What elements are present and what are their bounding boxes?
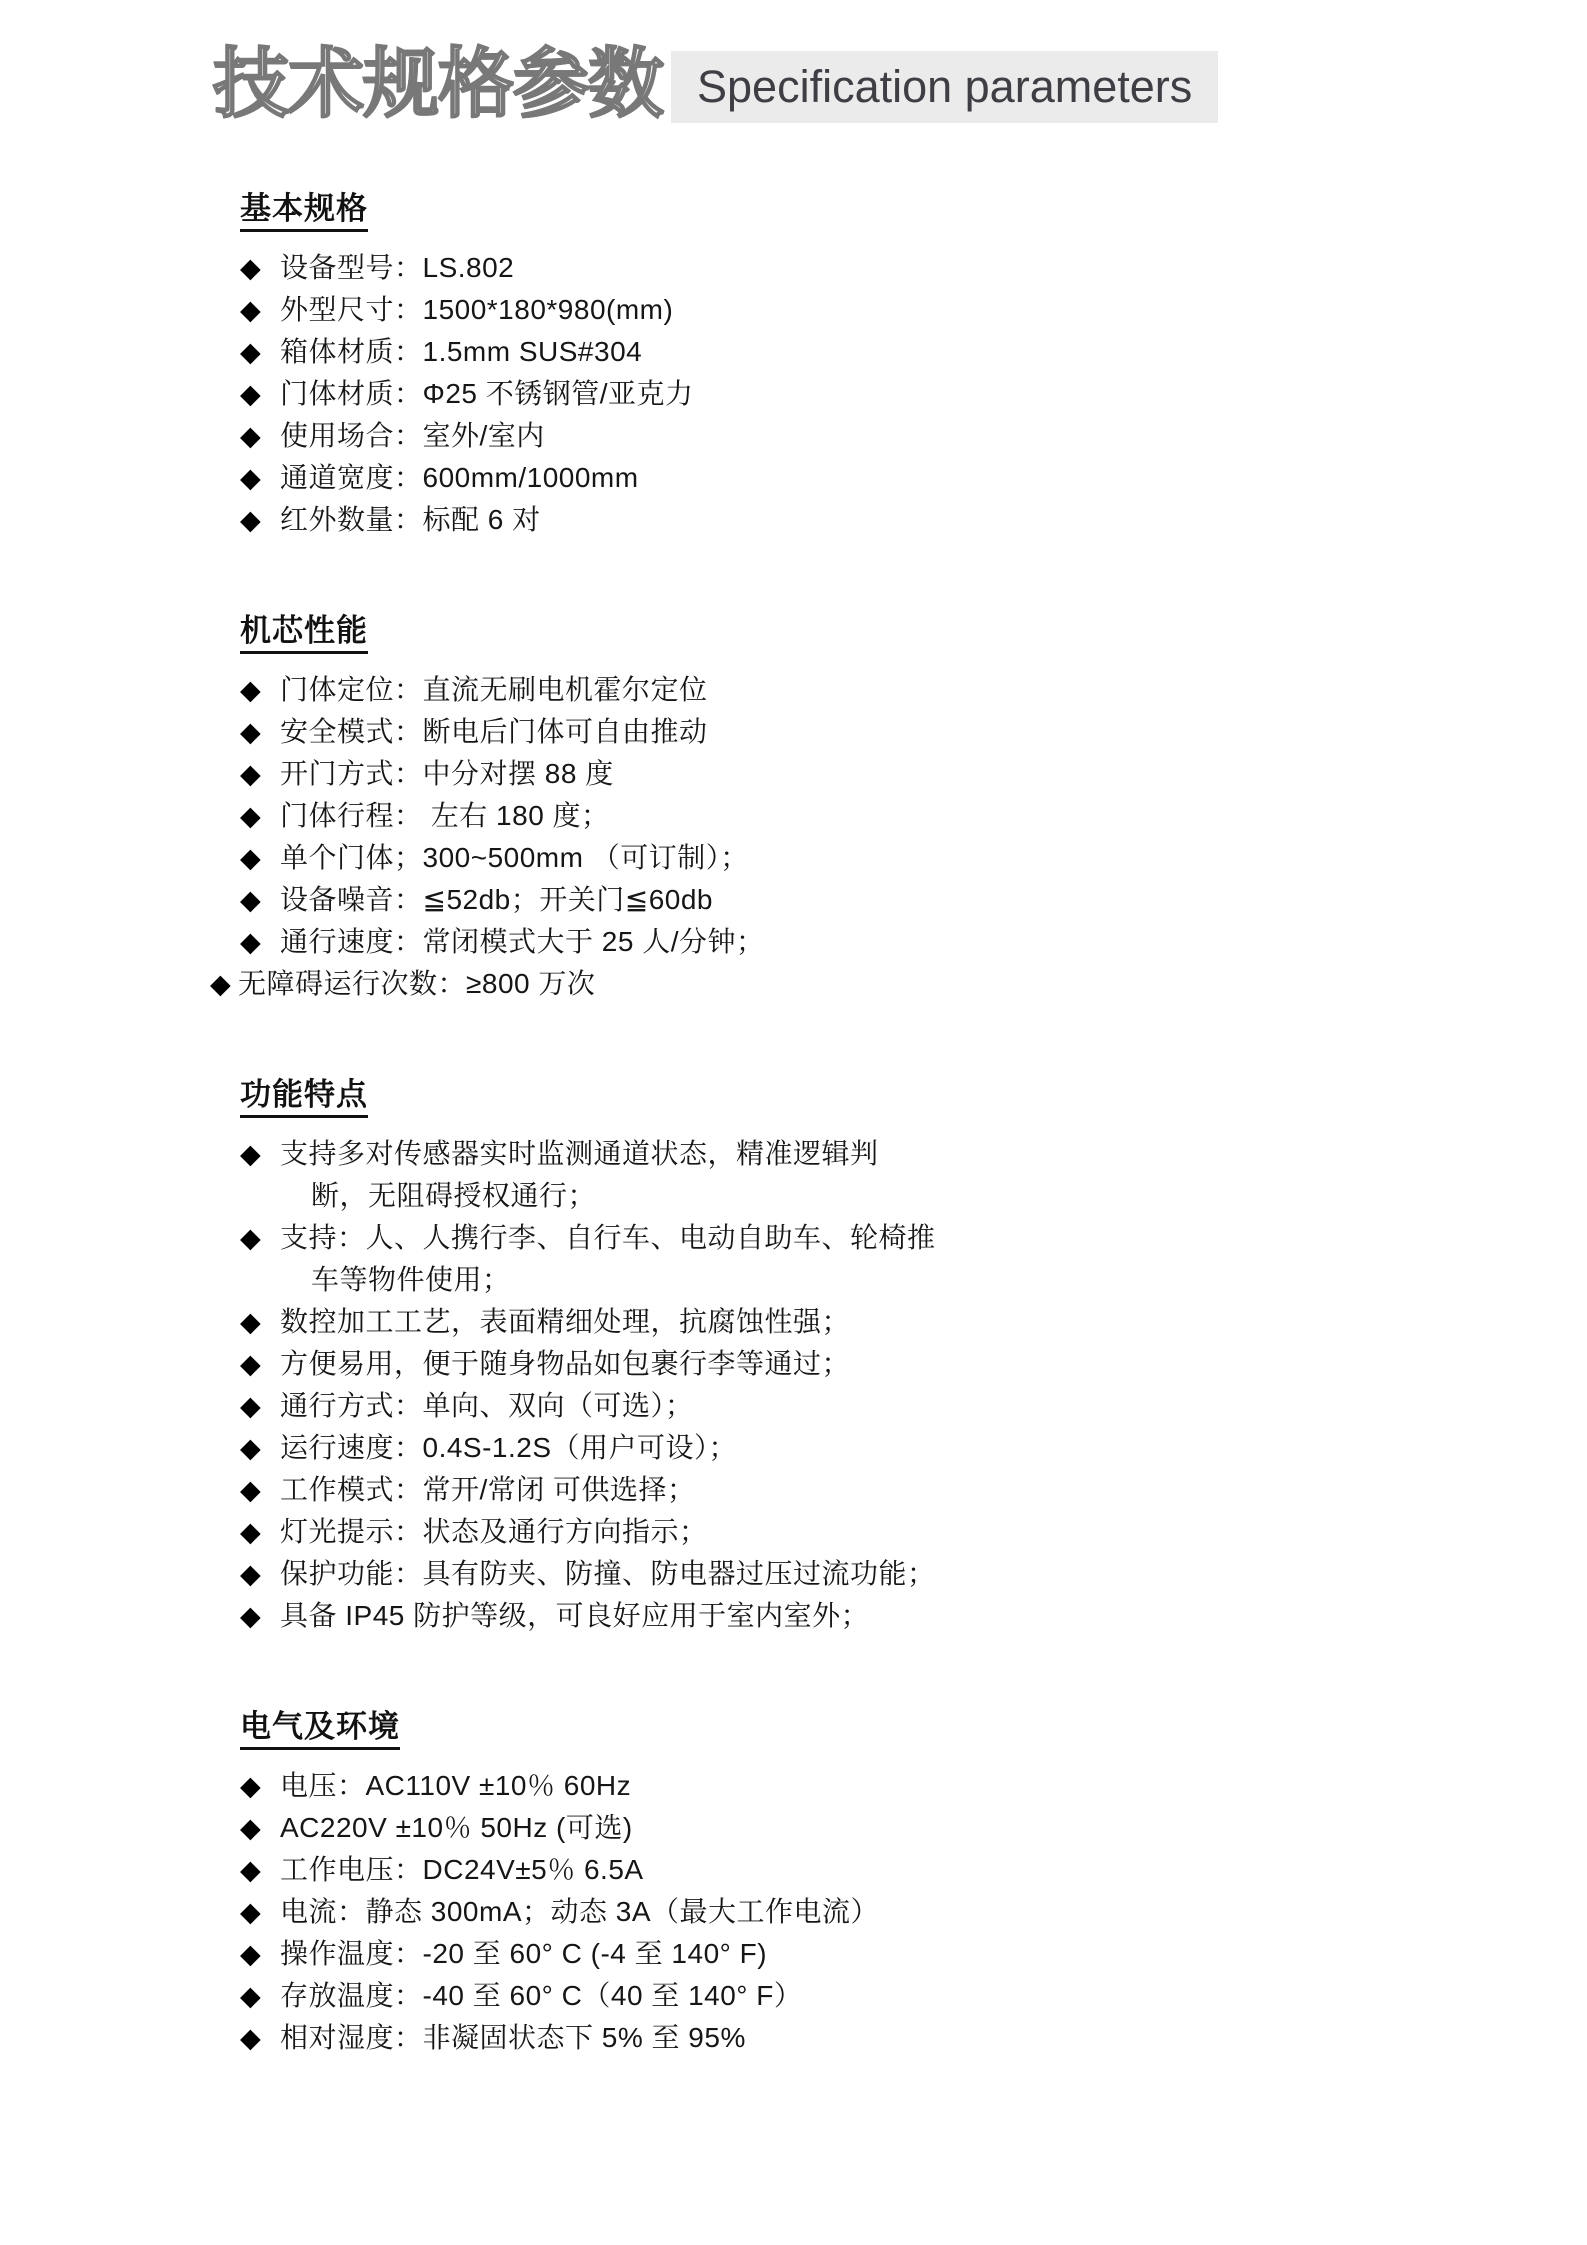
spec-item-text: 门体定位：直流无刷电机霍尔定位 — [280, 669, 1587, 711]
spec-item-text: 使用场合：室外/室内 — [280, 415, 1587, 457]
spec-item-text: 外型尺寸：1500*180*980(mm) — [280, 289, 1587, 331]
spec-item-line2: 断，无阻碍授权通行； — [280, 1175, 1587, 1217]
spec-item-line2: 车等物件使用； — [280, 1259, 1587, 1301]
spec-item-text: 存放温度：-40 至 60° C（40 至 140° F） — [280, 1975, 1587, 2017]
spec-item: ◆开门方式：中分对摆 88 度 — [240, 753, 1587, 795]
diamond-bullet-icon: ◆ — [240, 795, 280, 837]
section-body: ◆支持多对传感器实时监测通道状态，精准逻辑判断，无阻碍授权通行； ◆支持：人、人… — [240, 1133, 1587, 1637]
spec-item: ◆电流：静态 300mA；动态 3A（最大工作电流） — [240, 1891, 1587, 1933]
spec-item: ◆存放温度：-40 至 60° C（40 至 140° F） — [240, 1975, 1587, 2017]
spec-item: ◆通行方式：单向、双向（可选）； — [240, 1385, 1587, 1427]
spec-item-text: AC220V ±10％ 50Hz (可选) — [280, 1807, 1587, 1849]
spec-item: ◆通行速度：常闭模式大于 25 人/分钟； — [240, 921, 1587, 963]
diamond-bullet-icon: ◆ — [210, 963, 238, 1005]
spec-item-text: 通道宽度：600mm/1000mm — [280, 457, 1587, 499]
spec-item: ◆安全模式：断电后门体可自由推动 — [240, 711, 1587, 753]
spec-item: ◆方便易用，便于随身物品如包裹行李等通过； — [240, 1343, 1587, 1385]
spec-item-text: 支持多对传感器实时监测通道状态，精准逻辑判断，无阻碍授权通行； — [280, 1133, 1587, 1217]
spec-item-text: 运行速度：0.4S-1.2S（用户可设）； — [280, 1427, 1587, 1469]
spec-item-text: 操作温度：-20 至 60° C (-4 至 140° F) — [280, 1933, 1587, 1975]
diamond-bullet-icon: ◆ — [240, 373, 280, 415]
spec-item: ◆使用场合：室外/室内 — [240, 415, 1587, 457]
document-title: 技术规格参数 Specification parameters — [213, 45, 1587, 125]
spec-item-text: 支持：人、人携行李、自行车、电动自助车、轮椅推车等物件使用； — [280, 1217, 1587, 1301]
diamond-bullet-icon: ◆ — [240, 499, 280, 541]
spec-item-text: 电压：AC110V ±10％ 60Hz — [280, 1765, 1587, 1807]
spec-item-text: 开门方式：中分对摆 88 度 — [280, 753, 1587, 795]
spec-item-text: 工作电压：DC24V±5％ 6.5A — [280, 1849, 1587, 1891]
spec-item-text: 门体材质：Φ25 不锈钢管/亚克力 — [280, 373, 1587, 415]
section-electrical-environment: 电气及环境 ◆电压：AC110V ±10％ 60Hz ◆AC220V ±10％ … — [240, 1709, 1587, 2059]
diamond-bullet-icon: ◆ — [240, 289, 280, 331]
spec-item-text: 工作模式：常开/常闭 可供选择； — [280, 1469, 1587, 1511]
spec-item-outdented: ◆无障碍运行次数：≥800 万次 — [210, 963, 1587, 1005]
section-body: ◆电压：AC110V ±10％ 60Hz ◆AC220V ±10％ 50Hz (… — [240, 1765, 1587, 2059]
spec-item-text: 门体行程： 左右 180 度； — [280, 795, 1587, 837]
spec-item-line1: 支持多对传感器实时监测通道状态，精准逻辑判 — [280, 1138, 879, 1169]
diamond-bullet-icon: ◆ — [240, 669, 280, 711]
diamond-bullet-icon: ◆ — [240, 711, 280, 753]
spec-item-text: 通行速度：常闭模式大于 25 人/分钟； — [280, 921, 1587, 963]
diamond-bullet-icon: ◆ — [240, 1975, 280, 2017]
section-mechanism-performance: 机芯性能 ◆门体定位：直流无刷电机霍尔定位 ◆安全模式：断电后门体可自由推动 ◆… — [240, 613, 1587, 1005]
diamond-bullet-icon: ◆ — [240, 1765, 280, 1807]
diamond-bullet-icon: ◆ — [240, 1385, 280, 1427]
spec-item-text: 红外数量：标配 6 对 — [280, 499, 1587, 541]
spec-item: ◆门体行程： 左右 180 度； — [240, 795, 1587, 837]
spec-item: ◆门体材质：Φ25 不锈钢管/亚克力 — [240, 373, 1587, 415]
spec-item-text: 箱体材质：1.5mm SUS#304 — [280, 331, 1587, 373]
spec-item-text: 保护功能：具有防夹、防撞、防电器过压过流功能； — [280, 1553, 1587, 1595]
spec-item: ◆设备型号：LS.802 — [240, 247, 1587, 289]
diamond-bullet-icon: ◆ — [240, 2017, 280, 2059]
section-heading: 机芯性能 — [240, 613, 368, 654]
spec-item: ◆门体定位：直流无刷电机霍尔定位 — [240, 669, 1587, 711]
section-heading: 功能特点 — [240, 1077, 368, 1118]
title-chinese: 技术规格参数 — [213, 45, 663, 125]
spec-item: ◆灯光提示：状态及通行方向指示； — [240, 1511, 1587, 1553]
diamond-bullet-icon: ◆ — [240, 247, 280, 289]
spec-item-text: 相对湿度：非凝固状态下 5% 至 95% — [280, 2017, 1587, 2059]
section-body: ◆设备型号：LS.802 ◆外型尺寸：1500*180*980(mm) ◆箱体材… — [240, 247, 1587, 541]
diamond-bullet-icon: ◆ — [240, 879, 280, 921]
spec-item-text: 电流：静态 300mA；动态 3A（最大工作电流） — [280, 1891, 1587, 1933]
spec-item: ◆操作温度：-20 至 60° C (-4 至 140° F) — [240, 1933, 1587, 1975]
diamond-bullet-icon: ◆ — [240, 331, 280, 373]
spec-item: ◆单个门体；300~500mm （可订制）； — [240, 837, 1587, 879]
diamond-bullet-icon: ◆ — [240, 1217, 280, 1259]
spec-item-text: 数控加工工艺，表面精细处理，抗腐蚀性强； — [280, 1301, 1587, 1343]
spec-item: ◆设备噪音：≦52db；开关门≦60db — [240, 879, 1587, 921]
section-heading: 基本规格 — [240, 191, 368, 232]
spec-item: ◆工作电压：DC24V±5％ 6.5A — [240, 1849, 1587, 1891]
section-features: 功能特点 ◆支持多对传感器实时监测通道状态，精准逻辑判断，无阻碍授权通行； ◆支… — [240, 1077, 1587, 1637]
spec-item: ◆工作模式：常开/常闭 可供选择； — [240, 1469, 1587, 1511]
spec-item-text: 方便易用，便于随身物品如包裹行李等通过； — [280, 1343, 1587, 1385]
diamond-bullet-icon: ◆ — [240, 921, 280, 963]
diamond-bullet-icon: ◆ — [240, 837, 280, 879]
spec-item-text: 设备型号：LS.802 — [280, 247, 1587, 289]
spec-item-text: 灯光提示：状态及通行方向指示； — [280, 1511, 1587, 1553]
section-heading: 电气及环境 — [240, 1709, 400, 1750]
spec-item: ◆红外数量：标配 6 对 — [240, 499, 1587, 541]
spec-item: ◆运行速度：0.4S-1.2S（用户可设）； — [240, 1427, 1587, 1469]
diamond-bullet-icon: ◆ — [240, 753, 280, 795]
spec-item: ◆电压：AC110V ±10％ 60Hz — [240, 1765, 1587, 1807]
spec-item-text: 具备 IP45 防护等级，可良好应用于室内室外； — [280, 1595, 1587, 1637]
diamond-bullet-icon: ◆ — [240, 1469, 280, 1511]
spec-item: ◆通道宽度：600mm/1000mm — [240, 457, 1587, 499]
diamond-bullet-icon: ◆ — [240, 1553, 280, 1595]
spec-item-line1: 支持：人、人携行李、自行车、电动自助车、轮椅推 — [280, 1222, 936, 1253]
spec-item: ◆外型尺寸：1500*180*980(mm) — [240, 289, 1587, 331]
diamond-bullet-icon: ◆ — [240, 1133, 280, 1175]
spec-item: ◆支持：人、人携行李、自行车、电动自助车、轮椅推车等物件使用； — [240, 1217, 1587, 1301]
spec-item-text: 无障碍运行次数：≥800 万次 — [238, 963, 1587, 1005]
diamond-bullet-icon: ◆ — [240, 1427, 280, 1469]
spec-item-text: 通行方式：单向、双向（可选）； — [280, 1385, 1587, 1427]
diamond-bullet-icon: ◆ — [240, 1595, 280, 1637]
diamond-bullet-icon: ◆ — [240, 1933, 280, 1975]
spec-item: ◆数控加工工艺，表面精细处理，抗腐蚀性强； — [240, 1301, 1587, 1343]
section-basic-specs: 基本规格 ◆设备型号：LS.802 ◆外型尺寸：1500*180*980(mm)… — [240, 191, 1587, 541]
spec-item: ◆AC220V ±10％ 50Hz (可选) — [240, 1807, 1587, 1849]
diamond-bullet-icon: ◆ — [240, 1807, 280, 1849]
spec-item: ◆保护功能：具有防夹、防撞、防电器过压过流功能； — [240, 1553, 1587, 1595]
section-body: ◆门体定位：直流无刷电机霍尔定位 ◆安全模式：断电后门体可自由推动 ◆开门方式：… — [240, 669, 1587, 1005]
spec-item: ◆箱体材质：1.5mm SUS#304 — [240, 331, 1587, 373]
title-english-highlight: Specification parameters — [671, 51, 1218, 123]
spec-item: ◆支持多对传感器实时监测通道状态，精准逻辑判断，无阻碍授权通行； — [240, 1133, 1587, 1217]
diamond-bullet-icon: ◆ — [240, 1849, 280, 1891]
spec-item-text: 单个门体；300~500mm （可订制）； — [280, 837, 1587, 879]
spec-item: ◆具备 IP45 防护等级，可良好应用于室内室外； — [240, 1595, 1587, 1637]
spec-item: ◆相对湿度：非凝固状态下 5% 至 95% — [240, 2017, 1587, 2059]
diamond-bullet-icon: ◆ — [240, 415, 280, 457]
diamond-bullet-icon: ◆ — [240, 1301, 280, 1343]
diamond-bullet-icon: ◆ — [240, 457, 280, 499]
diamond-bullet-icon: ◆ — [240, 1511, 280, 1553]
diamond-bullet-icon: ◆ — [240, 1343, 280, 1385]
spec-document-page: 技术规格参数 Specification parameters 基本规格 ◆设备… — [0, 0, 1587, 2245]
spec-item-text: 安全模式：断电后门体可自由推动 — [280, 711, 1587, 753]
spec-item-text: 设备噪音：≦52db；开关门≦60db — [280, 879, 1587, 921]
diamond-bullet-icon: ◆ — [240, 1891, 280, 1933]
